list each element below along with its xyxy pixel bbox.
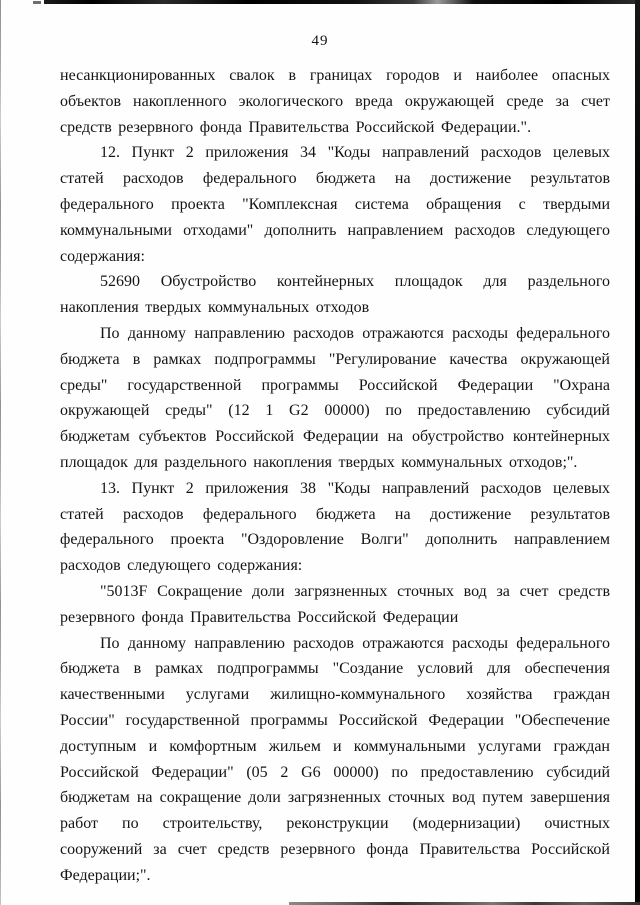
- paragraph-continuation: несанкционированных свалок в границах го…: [60, 63, 610, 140]
- paragraph-5013F-description: По данному направлению расходов отражают…: [60, 631, 610, 889]
- page-number: 49: [0, 0, 640, 51]
- scan-edge-top: [44, 0, 640, 4]
- paragraph-item-12: 12. Пункт 2 приложения 34 "Коды направле…: [60, 140, 610, 269]
- scan-edge-left: [0, 0, 1, 905]
- paragraph-52690-description: По данному направлению расходов отражают…: [60, 321, 610, 476]
- scanned-document-page: 49 несанкционированных свалок в границах…: [0, 0, 640, 905]
- scan-edge-top-tick: [33, 1, 41, 4]
- paragraph-item-13: 13. Пункт 2 приложения 38 "Коды направле…: [60, 476, 610, 579]
- document-body: несанкционированных свалок в границах го…: [60, 63, 610, 889]
- paragraph-code-52690: 52690 Обустройство контейнерных площадок…: [60, 269, 610, 321]
- paragraph-code-5013F: "5013F Сокращение доли загрязненных сточ…: [60, 579, 610, 631]
- scan-edge-right: [635, 0, 640, 905]
